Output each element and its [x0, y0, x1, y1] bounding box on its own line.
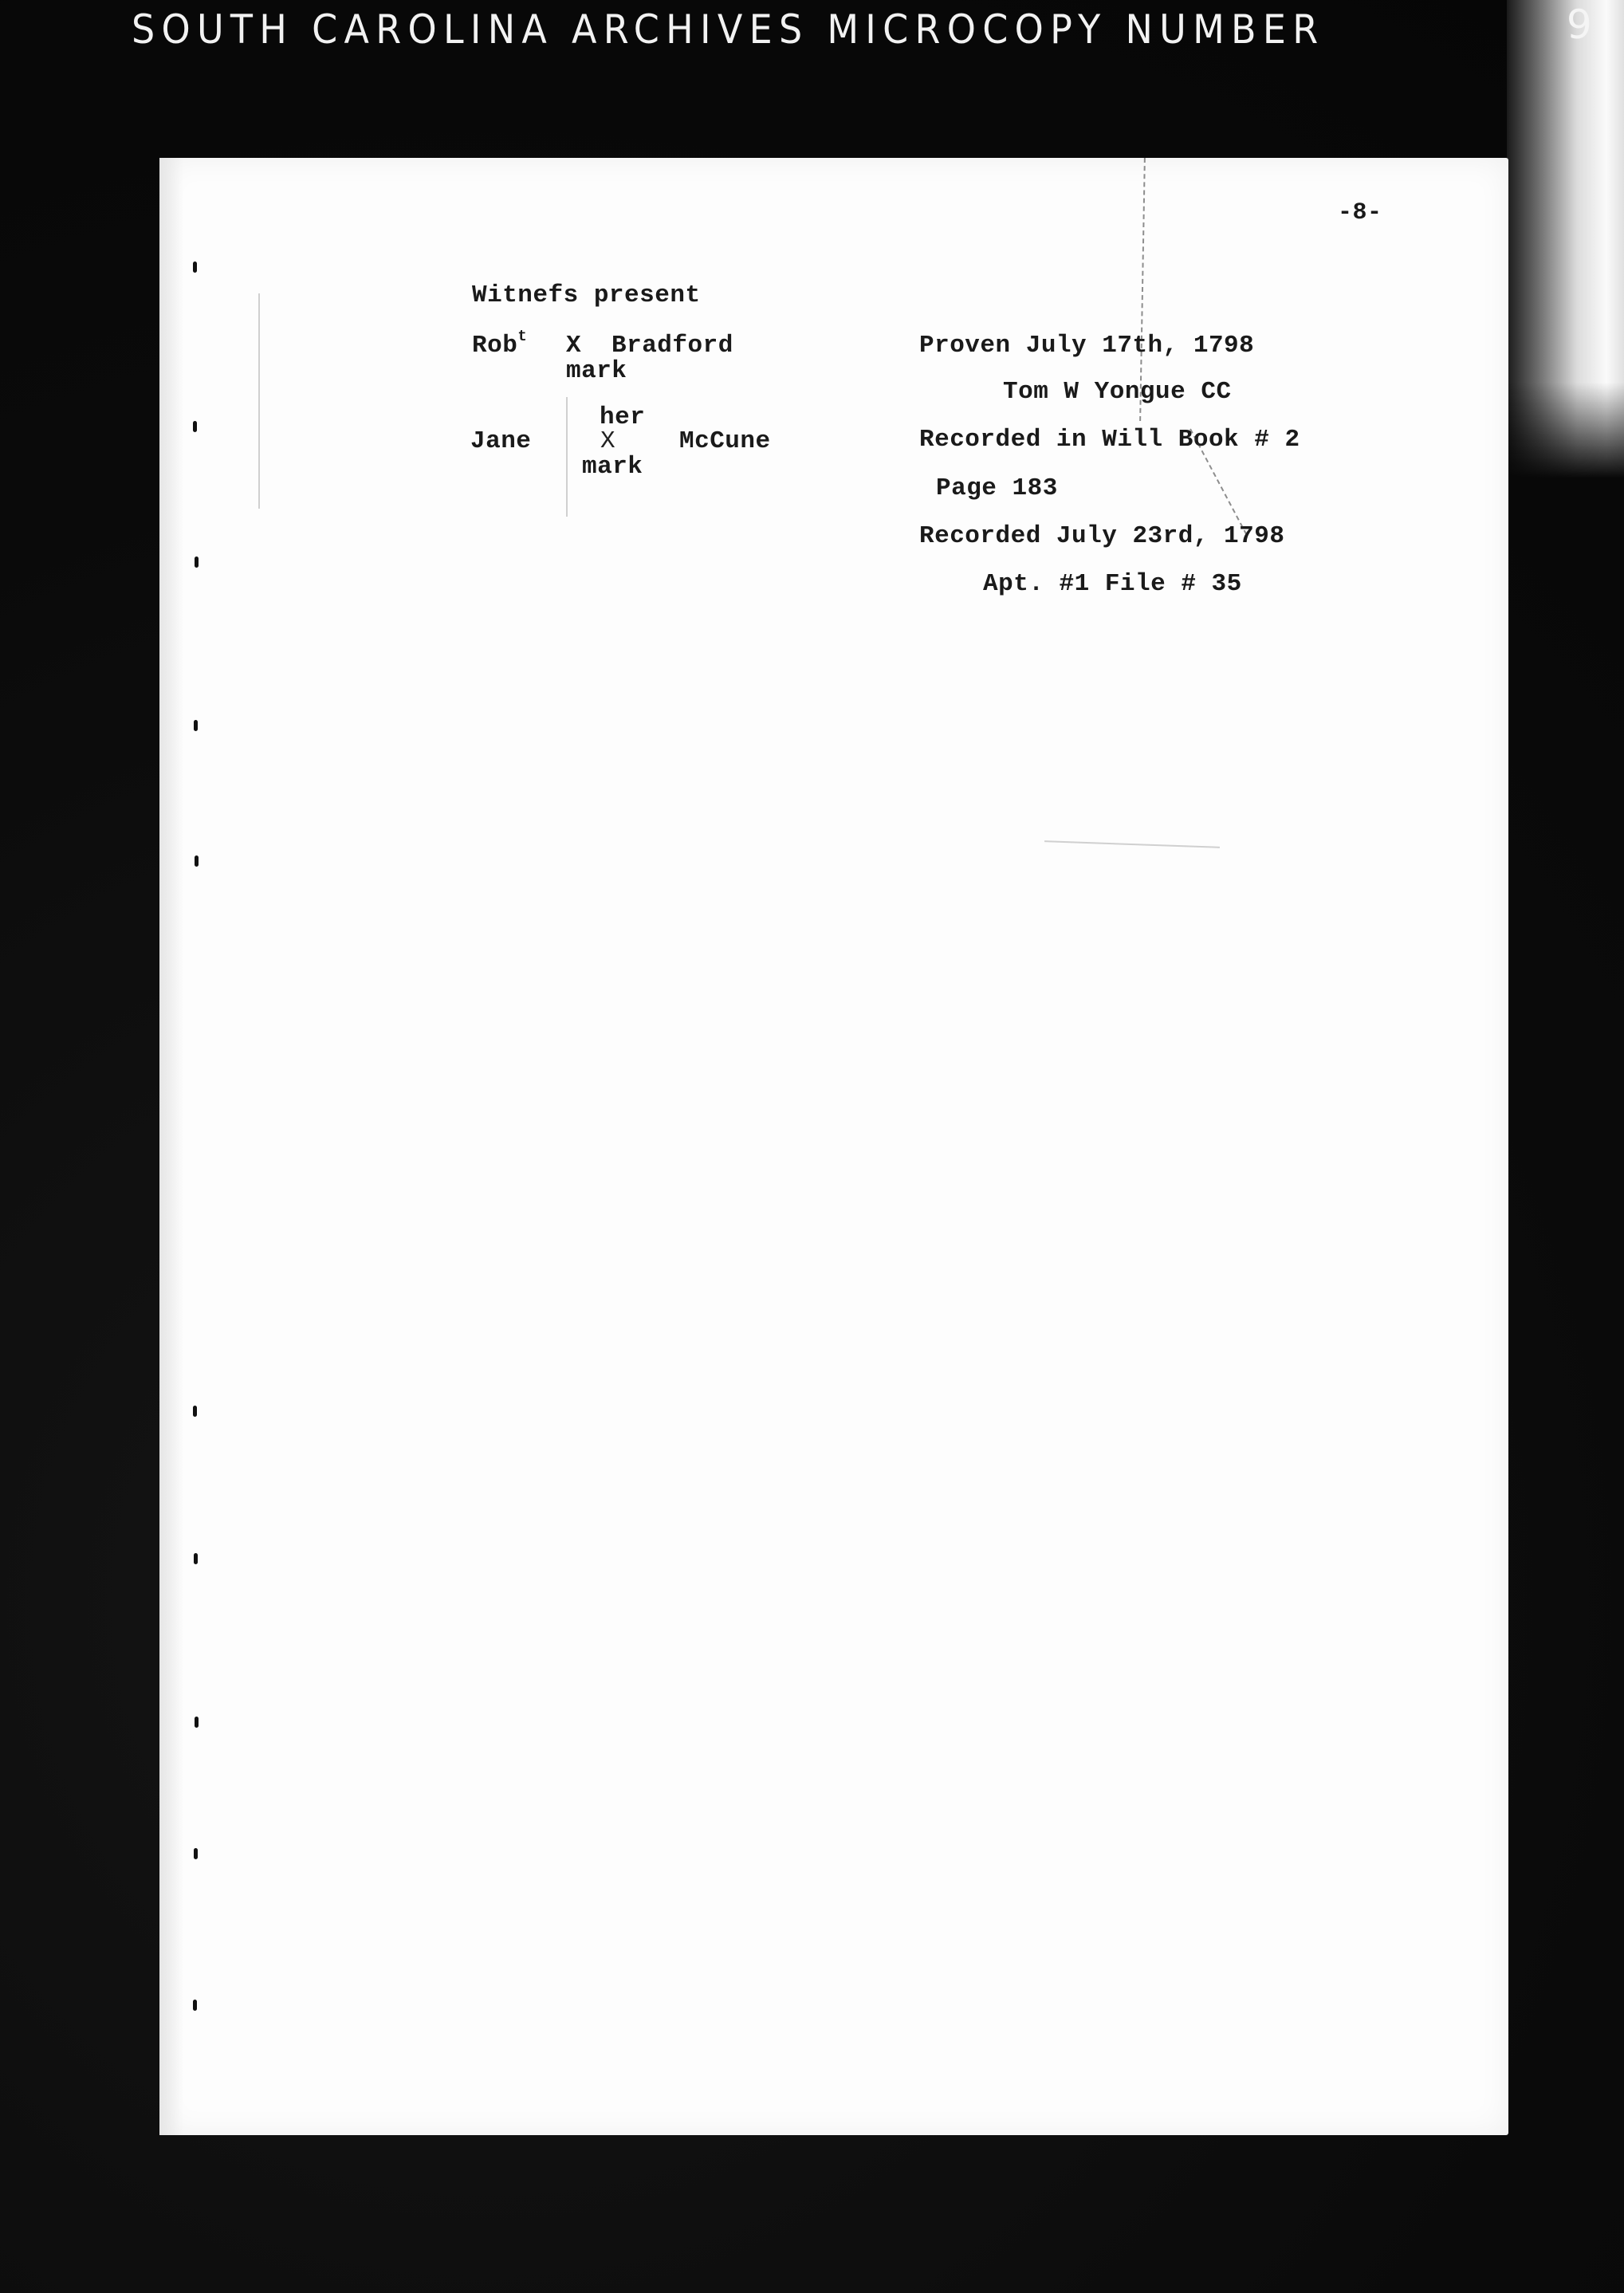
witness-2-mark-symbol: X: [600, 427, 615, 455]
probate-file-ref: Apt. #1 File # 35: [983, 570, 1242, 598]
witness-2-mark-label: mark: [582, 453, 643, 481]
film-light-leak: [1507, 0, 1624, 478]
document-page: -8- Witnefs present Robt X Bradford mark…: [159, 158, 1508, 2135]
binding-hole: [194, 1553, 198, 1564]
witness-1-surname: Bradford: [611, 332, 733, 360]
probate-proven: Proven July 17th, 1798: [919, 332, 1254, 360]
frame-number: 9: [1567, 2, 1592, 48]
binding-hole: [193, 421, 197, 432]
probate-page: Page 183: [936, 474, 1058, 502]
probate-recorded-in: Recorded in Will Book # 2: [919, 426, 1300, 454]
binding-hole: [194, 1848, 198, 1859]
binding-hole: [194, 720, 198, 731]
witness-2-given-name: Jane: [470, 427, 531, 455]
archive-header-title: SOUTH CAROLINA ARCHIVES MICROCOPY NUMBER: [132, 6, 1324, 53]
witness-1-mark-label: mark: [566, 357, 627, 385]
binding-hole: [193, 2000, 197, 2011]
binding-hole: [195, 557, 199, 568]
witnesses-heading: Witnefs present: [472, 281, 701, 309]
witness-1-mark-symbol: X: [566, 332, 581, 360]
binding-hole: [193, 1406, 197, 1417]
witness-1-given-name-text: Rob: [472, 332, 517, 360]
faint-vertical-line: [258, 293, 260, 509]
probate-recorded-date: Recorded July 23rd, 1798: [919, 522, 1284, 550]
binding-hole: [193, 262, 197, 273]
witness-1-given-name: Robt: [472, 332, 527, 360]
page-number: -8-: [1338, 199, 1382, 226]
faint-horizontal-mark: [1044, 840, 1220, 848]
probate-clerk: Tom W Yongue CC: [1003, 378, 1232, 406]
witness-2-surname: McCune: [679, 427, 771, 455]
binding-hole: [195, 855, 199, 867]
faint-vertical-line-2: [566, 397, 568, 517]
binding-hole: [195, 1717, 199, 1728]
witnesses-heading-text: Witnefs present: [472, 281, 701, 309]
witness-1-superscript: t: [517, 328, 527, 345]
